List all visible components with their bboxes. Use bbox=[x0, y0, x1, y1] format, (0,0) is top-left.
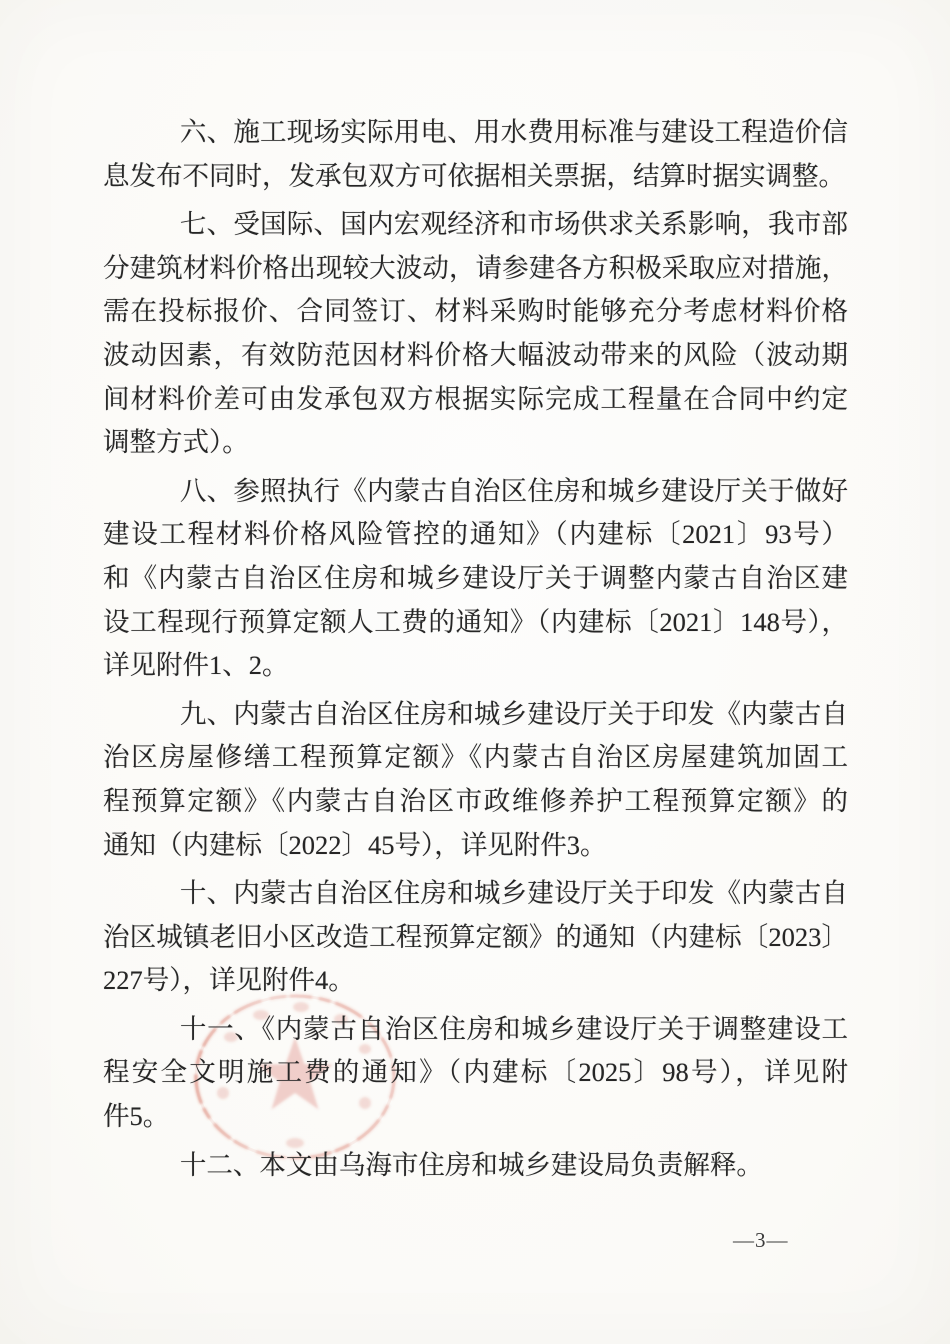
text-line: 间材料价差可由发承包双方根据实际完成工程量在合同中约定 bbox=[103, 378, 848, 422]
text-line: 详见附件1、2。 bbox=[103, 644, 848, 688]
text-line: 建设工程材料价格风险管控的通知》（内建标〔2021〕93号） bbox=[103, 513, 848, 557]
text-line: 调整方式）。 bbox=[103, 421, 848, 465]
text-line: 和《内蒙古自治区住房和城乡建设厅关于调整内蒙古自治区建 bbox=[103, 557, 848, 601]
text-line: 息发布不同时，发承包双方可依据相关票据，结算时据实调整。 bbox=[103, 155, 848, 199]
text-line: 程安全文明施工费的通知》（内建标〔2025〕98号），详见附 bbox=[103, 1051, 848, 1095]
text-line: 十二、本文由乌海市住房和城乡建设局负责解释。 bbox=[103, 1144, 848, 1188]
text-line: 需在投标报价、合同签订、材料采购时能够充分考虑材料价格 bbox=[103, 290, 848, 334]
text-line: 十一、《内蒙古自治区住房和城乡建设厅关于调整建设工 bbox=[103, 1008, 848, 1052]
paragraph-item-7: 七、受国际、国内宏观经济和市场供求关系影响，我市部 分建筑材料价格出现较大波动，… bbox=[103, 203, 848, 465]
text-line: 治区城镇老旧小区改造工程预算定额》的通知（内建标〔2023〕 bbox=[103, 916, 848, 960]
text-line: 六、施工现场实际用电、用水费用标准与建设工程造价信 bbox=[103, 111, 848, 155]
text-line: 件5。 bbox=[103, 1095, 848, 1139]
text-line: 十、内蒙古自治区住房和城乡建设厅关于印发《内蒙古自 bbox=[103, 872, 848, 916]
text-line: 九、内蒙古自治区住房和城乡建设厅关于印发《内蒙古自 bbox=[103, 693, 848, 737]
text-line: 通知（内建标〔2022〕45号），详见附件3。 bbox=[103, 824, 848, 868]
paragraph-item-11: 十一、《内蒙古自治区住房和城乡建设厅关于调整建设工 程安全文明施工费的通知》（内… bbox=[103, 1008, 848, 1139]
paragraph-item-10: 十、内蒙古自治区住房和城乡建设厅关于印发《内蒙古自 治区城镇老旧小区改造工程预算… bbox=[103, 872, 848, 1003]
text-line: 程预算定额》《内蒙古自治区市政维修养护工程预算定额》的 bbox=[103, 780, 848, 824]
paragraph-item-8: 八、参照执行《内蒙古自治区住房和城乡建设厅关于做好 建设工程材料价格风险管控的通… bbox=[103, 470, 848, 688]
text-line: 设工程现行预算定额人工费的通知》（内建标〔2021〕148号）， bbox=[103, 601, 848, 645]
paragraph-item-12: 十二、本文由乌海市住房和城乡建设局负责解释。 bbox=[103, 1144, 848, 1188]
scanned-document-page: 六、施工现场实际用电、用水费用标准与建设工程造价信 息发布不同时，发承包双方可依… bbox=[0, 0, 950, 1344]
text-line: 227号），详见附件4。 bbox=[103, 959, 848, 1003]
text-line: 波动因素，有效防范因材料价格大幅波动带来的风险（波动期 bbox=[103, 334, 848, 378]
paragraph-item-9: 九、内蒙古自治区住房和城乡建设厅关于印发《内蒙古自 治区房屋修缮工程预算定额》《… bbox=[103, 693, 848, 867]
text-line: 八、参照执行《内蒙古自治区住房和城乡建设厅关于做好 bbox=[103, 470, 848, 514]
paragraph-item-6: 六、施工现场实际用电、用水费用标准与建设工程造价信 息发布不同时，发承包双方可依… bbox=[103, 111, 848, 198]
text-line: 分建筑材料价格出现较大波动，请参建各方积极采取应对措施， bbox=[103, 247, 848, 291]
document-body: 六、施工现场实际用电、用水费用标准与建设工程造价信 息发布不同时，发承包双方可依… bbox=[103, 111, 848, 1192]
page-number: —3— bbox=[733, 1228, 789, 1253]
text-line: 七、受国际、国内宏观经济和市场供求关系影响，我市部 bbox=[103, 203, 848, 247]
text-line: 治区房屋修缮工程预算定额》《内蒙古自治区房屋建筑加固工 bbox=[103, 736, 848, 780]
